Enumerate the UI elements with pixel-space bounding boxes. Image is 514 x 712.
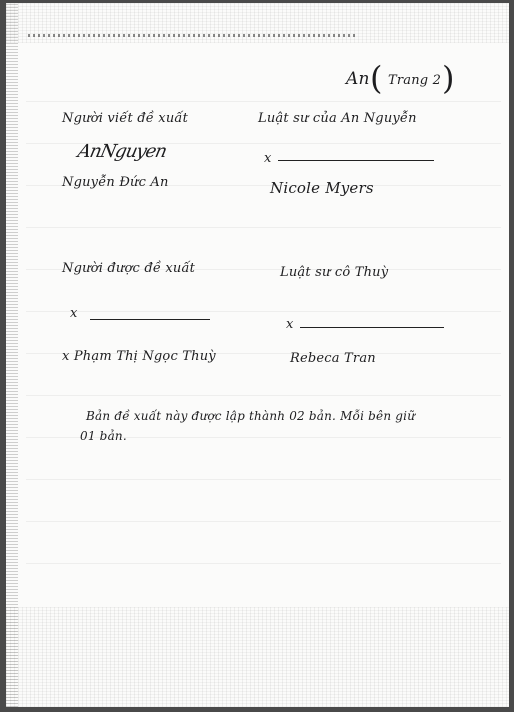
ruled-line xyxy=(26,395,501,396)
recipient-sign-marker: x xyxy=(70,306,78,321)
recipient-label: Người được đề xuất xyxy=(62,261,195,276)
paren-close: ) xyxy=(442,59,454,97)
scan-noise-top xyxy=(6,3,509,43)
proposer-signature: AnNguyen xyxy=(76,141,168,162)
recipient-name: x Phạm Thị Ngọc Thuỳ xyxy=(62,349,216,364)
proposer-label: Người viết đề xuất xyxy=(62,111,188,126)
scan-left-edge xyxy=(6,3,18,707)
ruled-line xyxy=(26,479,501,480)
ruled-line xyxy=(26,311,501,312)
scan-top-artifact xyxy=(28,34,358,37)
lawyer2-name: Rebeca Tran xyxy=(290,351,376,366)
footer-note-line1: Bản đề xuất này được lập thành 02 bản. M… xyxy=(86,409,415,423)
ruled-line xyxy=(26,101,501,102)
lawyer2-label: Luật sư cô Thuỳ xyxy=(280,265,388,280)
scanned-page: An ( Trang 2 ) Người viết đề xuất AnNguy… xyxy=(6,3,509,707)
lawyer2-sign-marker: x xyxy=(286,317,294,332)
ruled-line xyxy=(26,563,501,564)
lawyer1-label: Luật sư của An Nguyễn xyxy=(258,111,417,126)
header-page-label: Trang 2 xyxy=(388,73,441,88)
recipient-signature-line xyxy=(90,319,210,320)
ruled-line xyxy=(26,227,501,228)
paren-open: ( xyxy=(370,59,382,97)
lawyer2-signature-line xyxy=(300,327,444,328)
header-name: An xyxy=(346,69,370,89)
lawyer1-sign-marker: x xyxy=(264,151,272,166)
lawyer1-name: Nicole Myers xyxy=(270,179,374,197)
lawyer1-signature-line xyxy=(278,160,434,161)
scan-noise-bottom xyxy=(6,607,509,707)
ruled-line xyxy=(26,521,501,522)
proposer-name: Nguyễn Đức An xyxy=(62,175,169,190)
footer-note-line2: 01 bản. xyxy=(80,429,127,443)
